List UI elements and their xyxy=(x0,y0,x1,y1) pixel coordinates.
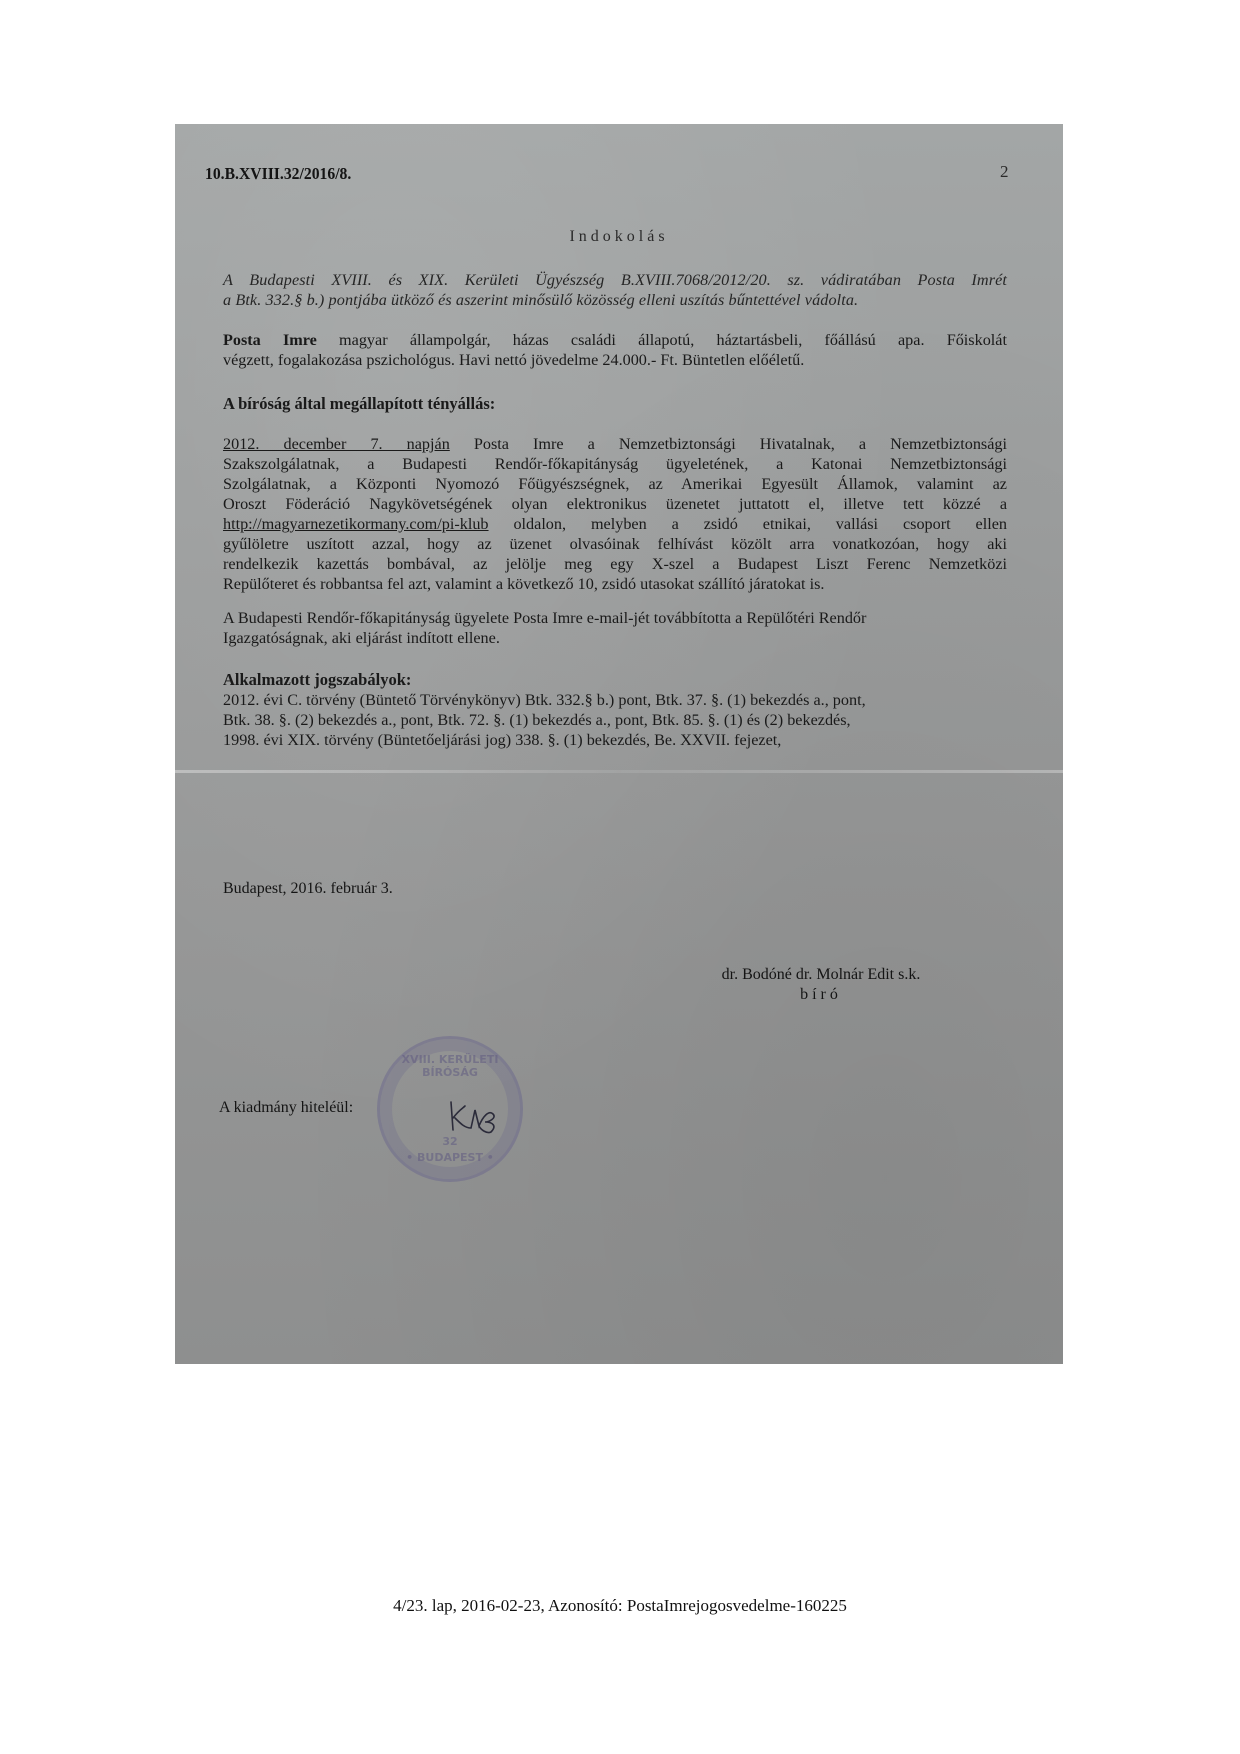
facts-line: 2012. december 7. napján Posta Imre a Ne… xyxy=(223,434,1007,454)
laws-paragraph: 2012. évi C. törvény (Büntető Törvénykön… xyxy=(223,690,1007,750)
indictment-line: A Budapesti XVIII. és XIX. Kerületi Ügyé… xyxy=(223,270,1007,290)
stamp-top-text: XVIII. KERÜLETI BÍRÓSÁG xyxy=(380,1053,520,1079)
document-photo: 10.B.XVIII.32/2016/8. 2 Indokolás A Buda… xyxy=(175,124,1063,1364)
facts-line: Repülőteret és robbantsa fel azt, valami… xyxy=(223,574,1007,594)
personal-line-1-text: magyar állampolgár, házas családi állapo… xyxy=(317,331,1007,349)
defendant-name: Posta Imre xyxy=(223,331,317,349)
personal-line-1: Posta Imre magyar állampolgár, házas csa… xyxy=(223,330,1007,350)
personal-line-2: végzett, fogalakozása pszichológus. Havi… xyxy=(223,350,1007,370)
facts-line: rendelkezik kazettás bombával, az jelölj… xyxy=(223,554,1007,574)
stamp-number: 32 xyxy=(380,1135,520,1148)
forwarding-paragraph: A Budapesti Rendőr-főkapitányság ügyelet… xyxy=(223,608,1007,648)
facts-paragraph: 2012. december 7. napján Posta Imre a Ne… xyxy=(223,434,1007,594)
facts-line: gyűlöletre uszított azzal, hogy az üzene… xyxy=(223,534,1007,554)
signer-name: dr. Bodóné dr. Molnár Edit s.k. xyxy=(671,966,971,984)
indictment-paragraph: A Budapesti XVIII. és XIX. Kerületi Ügyé… xyxy=(223,270,1007,310)
paper-fold-line xyxy=(175,770,1063,773)
personal-paragraph: Posta Imre magyar állampolgár, házas csa… xyxy=(223,330,1007,370)
laws-title: Alkalmazott jogszabályok: xyxy=(223,670,411,690)
facts-url-link[interactable]: http://magyarnezetikormany.com/pi-klub xyxy=(223,515,489,533)
forwarding-line: Igazgatóságnak, aki eljárást indított el… xyxy=(223,628,1007,648)
section-heading: Indokolás xyxy=(175,228,1063,246)
facts-line: Oroszt Föderáció Nagykövetségének olyan … xyxy=(223,494,1007,514)
forwarding-line: A Budapesti Rendőr-főkapitányság ügyelet… xyxy=(223,608,1007,628)
facts-date: 2012. december 7. napján xyxy=(223,435,450,453)
law-line: 2012. évi C. törvény (Büntető Törvénykön… xyxy=(223,690,1007,710)
indictment-line: a Btk. 332.§ b.) pontjába ütköző és asze… xyxy=(223,290,1007,310)
page-footer: 4/23. lap, 2016-02-23, Azonosító: PostaI… xyxy=(0,1596,1240,1616)
certification-label: A kiadmány hiteléül: xyxy=(219,1099,353,1117)
stamp-bottom-text: • BUDAPEST • xyxy=(380,1151,520,1164)
facts-line: Szolgálatnak, a Központi Nyomozó Főügyés… xyxy=(223,474,1007,494)
signature-icon xyxy=(445,1096,505,1136)
law-line: Btk. 38. §. (2) bekezdés a., pont, Btk. … xyxy=(223,710,1007,730)
signer-role: bíró xyxy=(671,986,971,1004)
facts-line-text: Posta Imre a Nemzetbiztonsági Hivatalnak… xyxy=(450,435,1007,453)
facts-title: A bíróság által megállapított tényállás: xyxy=(223,394,495,414)
facts-line: http://magyarnezetikormany.com/pi-klub o… xyxy=(223,514,1007,534)
case-number: 10.B.XVIII.32/2016/8. xyxy=(205,164,351,184)
law-line: 1998. évi XIX. törvény (Büntetőeljárási … xyxy=(223,730,1007,750)
place-date: Budapest, 2016. február 3. xyxy=(223,880,393,898)
facts-line-text: oldalon, melyben a zsidó etnikai, vallás… xyxy=(489,515,1007,533)
facts-line: Szakszolgálatnak, a Budapesti Rendőr-fők… xyxy=(223,454,1007,474)
page-number: 2 xyxy=(1000,162,1009,182)
